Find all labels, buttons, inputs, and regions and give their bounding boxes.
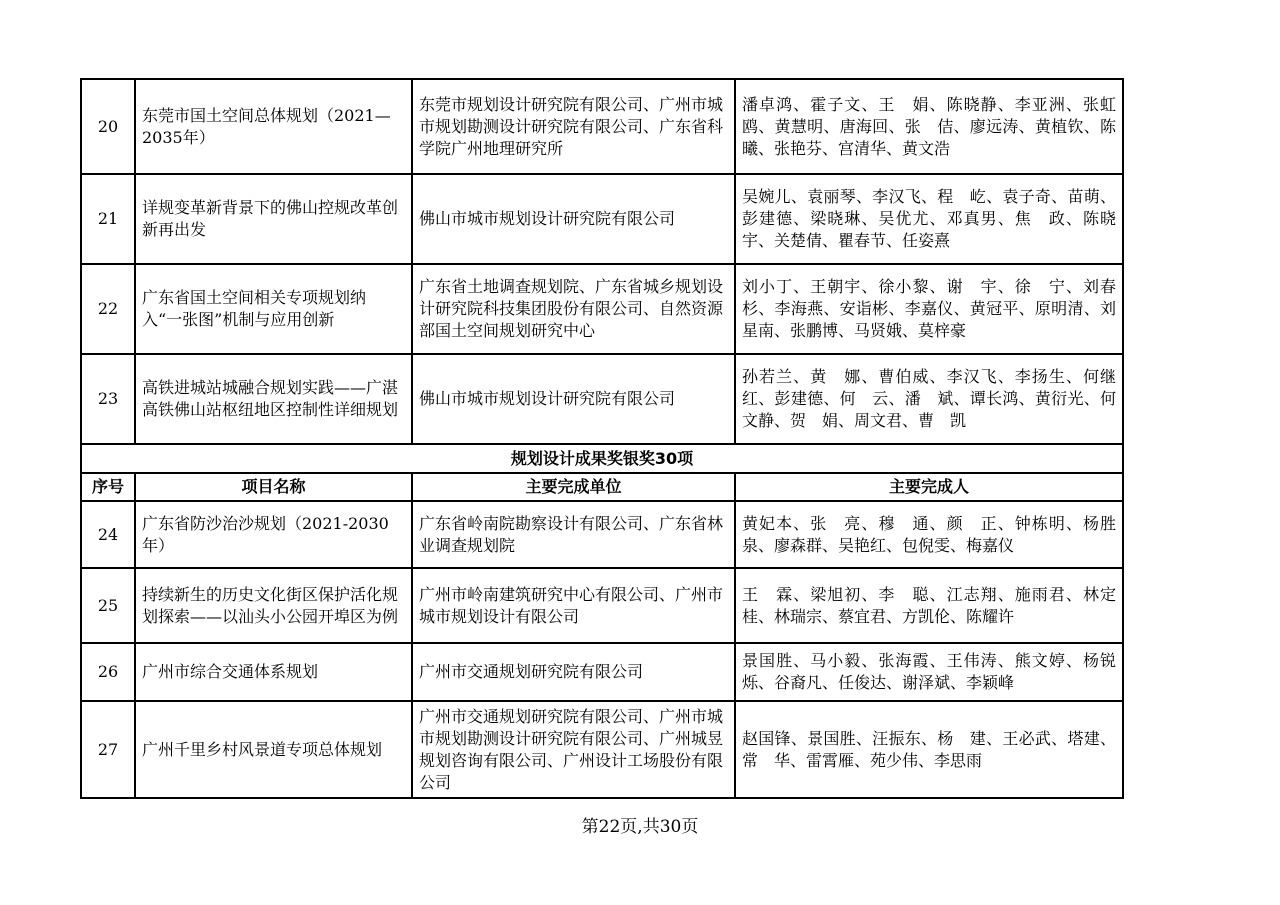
column-header-no: 序号 xyxy=(81,473,135,501)
main-units-cell: 佛山市城市规划设计研究院有限公司 xyxy=(412,354,735,444)
table-row: 25持续新生的历史文化街区保护活化规划探索——以汕头小公园开埠区为例广州市岭南建… xyxy=(81,568,1123,643)
document-page: 20东莞市国土空间总体规划（2021—2035年）东莞市规划设计研究院有限公司、… xyxy=(0,0,1280,905)
project-name-cell: 详规变革新背景下的佛山控规改革创新再出发 xyxy=(135,174,412,264)
row-number-cell: 20 xyxy=(81,79,135,174)
main-units-cell: 东莞市规划设计研究院有限公司、广州市城市规划勘测设计研究院有限公司、广东省科学院… xyxy=(412,79,735,174)
main-units-cell: 广州市交通规划研究院有限公司、广州市城市规划勘测设计研究院有限公司、广州城昱规划… xyxy=(412,701,735,798)
project-name-cell: 广州千里乡村风景道专项总体规划 xyxy=(135,701,412,798)
main-completers-cell: 黄妃本、张 亮、穆 通、颜 正、钟栋明、杨胜泉、廖森群、吴艳红、包倪雯、梅嘉仪 xyxy=(735,501,1123,568)
awards-table: 20东莞市国土空间总体规划（2021—2035年）东莞市规划设计研究院有限公司、… xyxy=(80,78,1124,799)
table-header-row: 序号 项目名称 主要完成单位 主要完成人 xyxy=(81,473,1123,501)
project-name-cell: 东莞市国土空间总体规划（2021—2035年） xyxy=(135,79,412,174)
project-name-cell: 广东省国土空间相关专项规划纳入“一张图”机制与应用创新 xyxy=(135,264,412,354)
project-name-cell: 广州市综合交通体系规划 xyxy=(135,643,412,701)
main-completers-cell: 吴婉儿、袁丽琴、李汉飞、程 屹、袁子奇、苗萌、彭建德、梁晓琳、吴优尤、邓真男、焦… xyxy=(735,174,1123,264)
row-number-cell: 26 xyxy=(81,643,135,701)
table-body-top: 20东莞市国土空间总体规划（2021—2035年）东莞市规划设计研究院有限公司、… xyxy=(81,79,1123,444)
table-row: 26广州市综合交通体系规划广州市交通规划研究院有限公司景国胜、马小毅、张海霞、王… xyxy=(81,643,1123,701)
main-completers-cell: 潘卓鸿、霍子文、王 娟、陈晓静、李亚洲、张虹鸥、黄慧明、唐海回、张 佶、廖远涛、… xyxy=(735,79,1123,174)
main-completers-cell: 赵国锋、景国胜、汪振东、杨 建、王必武、塔建、常 华、雷霄雁、苑少伟、李思雨 xyxy=(735,701,1123,798)
main-units-cell: 广州市岭南建筑研究中心有限公司、广州市城市规划设计有限公司 xyxy=(412,568,735,643)
main-completers-cell: 王 霖、梁旭初、李 聪、江志翔、施雨君、林定桂、林瑞宗、蔡宜君、方凯伦、陈耀许 xyxy=(735,568,1123,643)
section-title-row: 规划设计成果奖银奖30项 xyxy=(81,444,1123,473)
column-header-project-name: 项目名称 xyxy=(135,473,412,501)
column-header-main-units: 主要完成单位 xyxy=(412,473,735,501)
main-completers-cell: 景国胜、马小毅、张海霞、王伟涛、熊文婷、杨锐烁、谷裔凡、任俊达、谢泽斌、李颖峰 xyxy=(735,643,1123,701)
main-units-cell: 广东省岭南院勘察设计有限公司、广东省林业调查规划院 xyxy=(412,501,735,568)
table-row: 22广东省国土空间相关专项规划纳入“一张图”机制与应用创新广东省土地调查规划院、… xyxy=(81,264,1123,354)
main-completers-cell: 刘小丁、王朝宇、徐小黎、谢 宇、徐 宁、刘春杉、李海燕、安诣彬、李嘉仪、黄冠平、… xyxy=(735,264,1123,354)
table-row: 20东莞市国土空间总体规划（2021—2035年）东莞市规划设计研究院有限公司、… xyxy=(81,79,1123,174)
main-units-cell: 广东省土地调查规划院、广东省城乡规划设计研究院科技集团股份有限公司、自然资源部国… xyxy=(412,264,735,354)
table-row: 21详规变革新背景下的佛山控规改革创新再出发佛山市城市规划设计研究院有限公司吴婉… xyxy=(81,174,1123,264)
table-body-bottom: 24广东省防沙治沙规划（2021-2030年）广东省岭南院勘察设计有限公司、广东… xyxy=(81,501,1123,798)
project-name-cell: 高铁进城站城融合规划实践——广湛高铁佛山站枢纽地区控制性详细规划 xyxy=(135,354,412,444)
project-name-cell: 持续新生的历史文化街区保护活化规划探索——以汕头小公园开埠区为例 xyxy=(135,568,412,643)
section-title: 规划设计成果奖银奖30项 xyxy=(81,444,1123,473)
table-row: 27广州千里乡村风景道专项总体规划广州市交通规划研究院有限公司、广州市城市规划勘… xyxy=(81,701,1123,798)
main-completers-cell: 孙若兰、黄 娜、曹伯威、李汉飞、李扬生、何继红、彭建德、何 云、潘 斌、谭长鸿、… xyxy=(735,354,1123,444)
column-header-main-completers: 主要完成人 xyxy=(735,473,1123,501)
main-units-cell: 佛山市城市规划设计研究院有限公司 xyxy=(412,174,735,264)
row-number-cell: 23 xyxy=(81,354,135,444)
main-units-cell: 广州市交通规划研究院有限公司 xyxy=(412,643,735,701)
table-row: 24广东省防沙治沙规划（2021-2030年）广东省岭南院勘察设计有限公司、广东… xyxy=(81,501,1123,568)
row-number-cell: 27 xyxy=(81,701,135,798)
row-number-cell: 24 xyxy=(81,501,135,568)
row-number-cell: 22 xyxy=(81,264,135,354)
row-number-cell: 21 xyxy=(81,174,135,264)
page-number-footer: 第22页,共30页 xyxy=(0,815,1280,839)
row-number-cell: 25 xyxy=(81,568,135,643)
table-row: 23高铁进城站城融合规划实践——广湛高铁佛山站枢纽地区控制性详细规划佛山市城市规… xyxy=(81,354,1123,444)
section-title-body: 规划设计成果奖银奖30项 序号 项目名称 主要完成单位 主要完成人 xyxy=(81,444,1123,501)
project-name-cell: 广东省防沙治沙规划（2021-2030年） xyxy=(135,501,412,568)
